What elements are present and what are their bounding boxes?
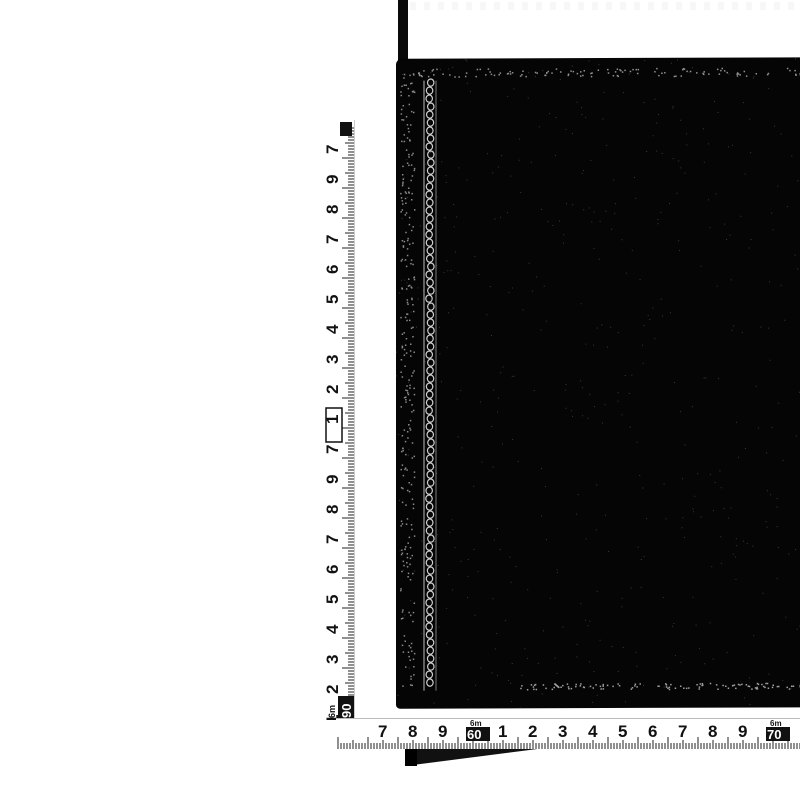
- svg-text:1: 1: [498, 722, 507, 741]
- ruler-label: 8: [323, 205, 342, 214]
- svg-text:90: 90: [339, 704, 354, 718]
- ruler-label: 2: [323, 385, 342, 394]
- horizontal-ruler: 789123456789606m706m: [336, 718, 800, 749]
- ruler-label: 9: [323, 175, 342, 184]
- svg-text:3: 3: [558, 722, 567, 741]
- horizontal-ruler-ticks: 789123456789606m706m: [336, 719, 800, 749]
- ruler-label: 4: [323, 324, 342, 334]
- svg-text:70: 70: [767, 727, 781, 742]
- book-cover: [396, 57, 800, 708]
- ruler-label: 7: [323, 445, 342, 454]
- svg-text:4: 4: [588, 722, 598, 741]
- svg-text:8: 8: [708, 722, 717, 741]
- svg-text:5: 5: [618, 722, 627, 741]
- vertical-ruler-ticks: 79876543217987654321906m: [318, 120, 354, 720]
- ruler-label: 3: [323, 655, 342, 664]
- ruler-label: 5: [323, 595, 342, 604]
- ruler-label: 7: [323, 145, 342, 154]
- vertical-ruler: 79876543217987654321906m: [318, 120, 355, 720]
- svg-text:9: 9: [738, 722, 747, 741]
- ruler-label: 3: [323, 355, 342, 364]
- svg-text:6m: 6m: [470, 719, 482, 728]
- svg-text:7: 7: [678, 722, 687, 741]
- svg-text:60: 60: [467, 727, 481, 742]
- ruler-label: 7: [323, 235, 342, 244]
- shadow-wedge: [405, 748, 545, 766]
- ruler-label: 6: [323, 265, 342, 274]
- svg-text:9: 9: [438, 722, 447, 741]
- svg-text:7: 7: [378, 722, 387, 741]
- ruler-label: 2: [323, 685, 342, 694]
- svg-text:6m: 6m: [770, 719, 782, 728]
- ruler-label: 4: [323, 624, 342, 634]
- ruler-label: 5: [323, 295, 342, 304]
- svg-text:2: 2: [528, 722, 537, 741]
- cover-texture: [396, 57, 800, 708]
- page-edge-text: [410, 2, 800, 10]
- ruler-label: 6: [323, 565, 342, 574]
- ruler-label: 9: [323, 475, 342, 484]
- ruler-label: 7: [323, 535, 342, 544]
- ruler-label: 8: [323, 505, 342, 514]
- svg-text:6: 6: [648, 722, 657, 741]
- svg-text:6m: 6m: [327, 705, 337, 718]
- svg-text:8: 8: [408, 722, 417, 741]
